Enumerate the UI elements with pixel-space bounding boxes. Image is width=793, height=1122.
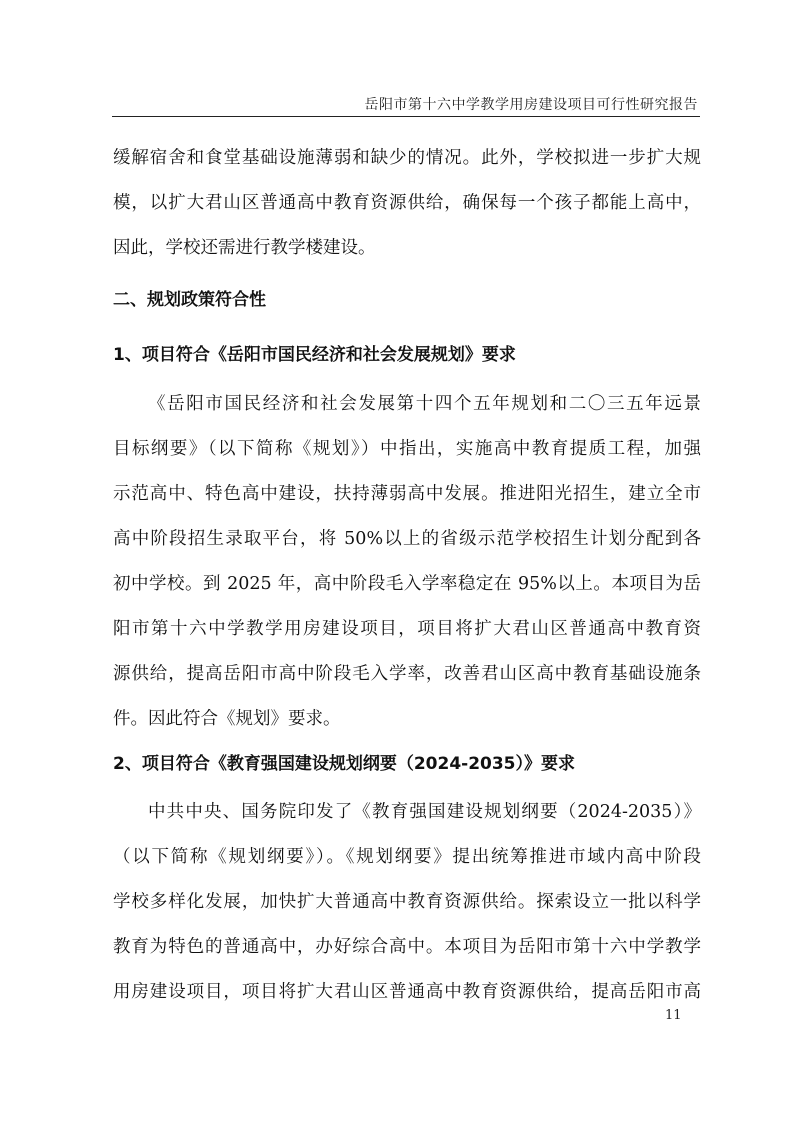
paragraph-line: 源供给，提高岳阳市高中阶段毛入学率，改善君山区高中教育基础设施条: [113, 662, 701, 686]
paragraph-line: 《岳阳市国民经济和社会发展第十四个五年规划和二〇三五年远景: [148, 392, 701, 416]
header-rule: [112, 116, 700, 117]
paragraph-line: 用房建设项目，项目将扩大君山区普通高中教育资源供给，提高岳阳市高: [113, 980, 701, 1004]
paragraph-line: 中共中央、国务院印发了《教育强国建设规划纲要（2024-2035）》: [148, 800, 701, 824]
paragraph-line: 示范高中、特色高中建设，扶持薄弱高中发展。推进阳光招生，建立全市: [113, 482, 701, 506]
subsection-heading: 2、项目符合《教育强国建设规划纲要（2024-2035）》要求: [113, 752, 701, 776]
section-heading: 二、规划政策符合性: [113, 288, 701, 312]
running-header: 岳阳市第十六中学教学用房建设项目可行性研究报告: [365, 94, 699, 114]
paragraph-line: 因此，学校还需进行教学楼建设。: [113, 236, 701, 260]
document-page: 岳阳市第十六中学教学用房建设项目可行性研究报告 缓解宿舍和食堂基础设施薄弱和缺少…: [0, 0, 793, 1122]
paragraph-line: 缓解宿舍和食堂基础设施薄弱和缺少的情况。此外，学校拟进一步扩大规: [113, 146, 701, 170]
paragraph-line: 阳市第十六中学教学用房建设项目，项目将扩大君山区普通高中教育资: [113, 617, 701, 641]
subsection-heading: 1、项目符合《岳阳市国民经济和社会发展规划》要求: [113, 343, 701, 367]
paragraph-line: 件。因此符合《规划》要求。: [113, 707, 701, 731]
paragraph-line: 学校多样化发展，加快扩大普通高中教育资源供给。探索设立一批以科学: [113, 890, 701, 914]
paragraph-line: 教育为特色的普通高中，办好综合高中。本项目为岳阳市第十六中学教学: [113, 935, 701, 959]
paragraph-line: （以下简称《规划纲要》）。《规划纲要》提出统筹推进市域内高中阶段: [113, 845, 701, 869]
paragraph-line: 模，以扩大君山区普通高中教育资源供给，确保每一个孩子都能上高中，: [113, 191, 701, 215]
page-number: 11: [665, 1008, 682, 1023]
paragraph-line: 高中阶段招生录取平台，将 50%以上的省级示范学校招生计划分配到各: [113, 527, 701, 551]
paragraph-line: 初中学校。到 2025 年，高中阶段毛入学率稳定在 95%以上。本项目为岳: [113, 572, 701, 596]
paragraph-line: 目标纲要》（以下简称《规划》）中指出，实施高中教育提质工程，加强: [113, 437, 701, 461]
